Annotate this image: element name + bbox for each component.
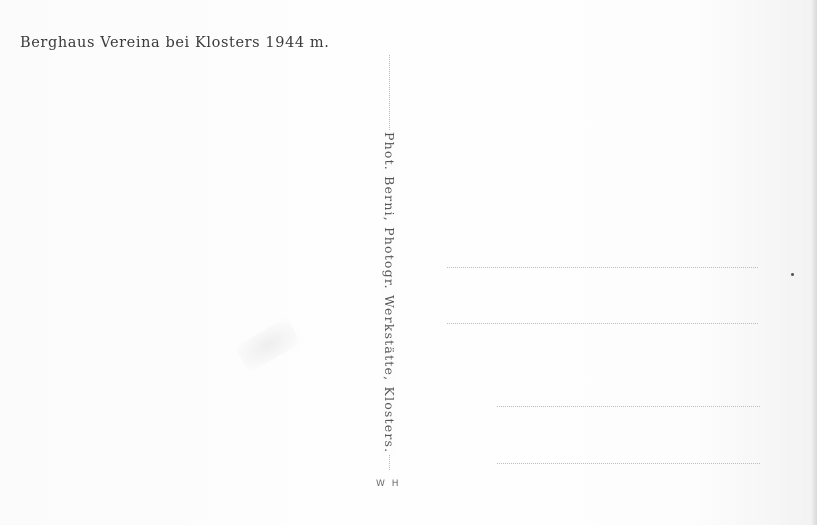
address-line-1 (447, 267, 758, 268)
address-line-2 (447, 323, 758, 324)
postcard-back: Berghaus Vereina bei Klosters 1944 m. Ph… (0, 0, 817, 525)
printer-initials: W H (376, 479, 401, 489)
postcard-caption: Berghaus Vereina bei Klosters 1944 m. (20, 35, 330, 52)
address-line-3 (497, 406, 760, 407)
ink-speck (791, 273, 794, 276)
address-line-4 (497, 463, 760, 464)
publisher-imprint: Phot. Berni, Photogr. Werkstätte, Kloste… (382, 130, 397, 455)
paper-smudge (235, 317, 302, 373)
